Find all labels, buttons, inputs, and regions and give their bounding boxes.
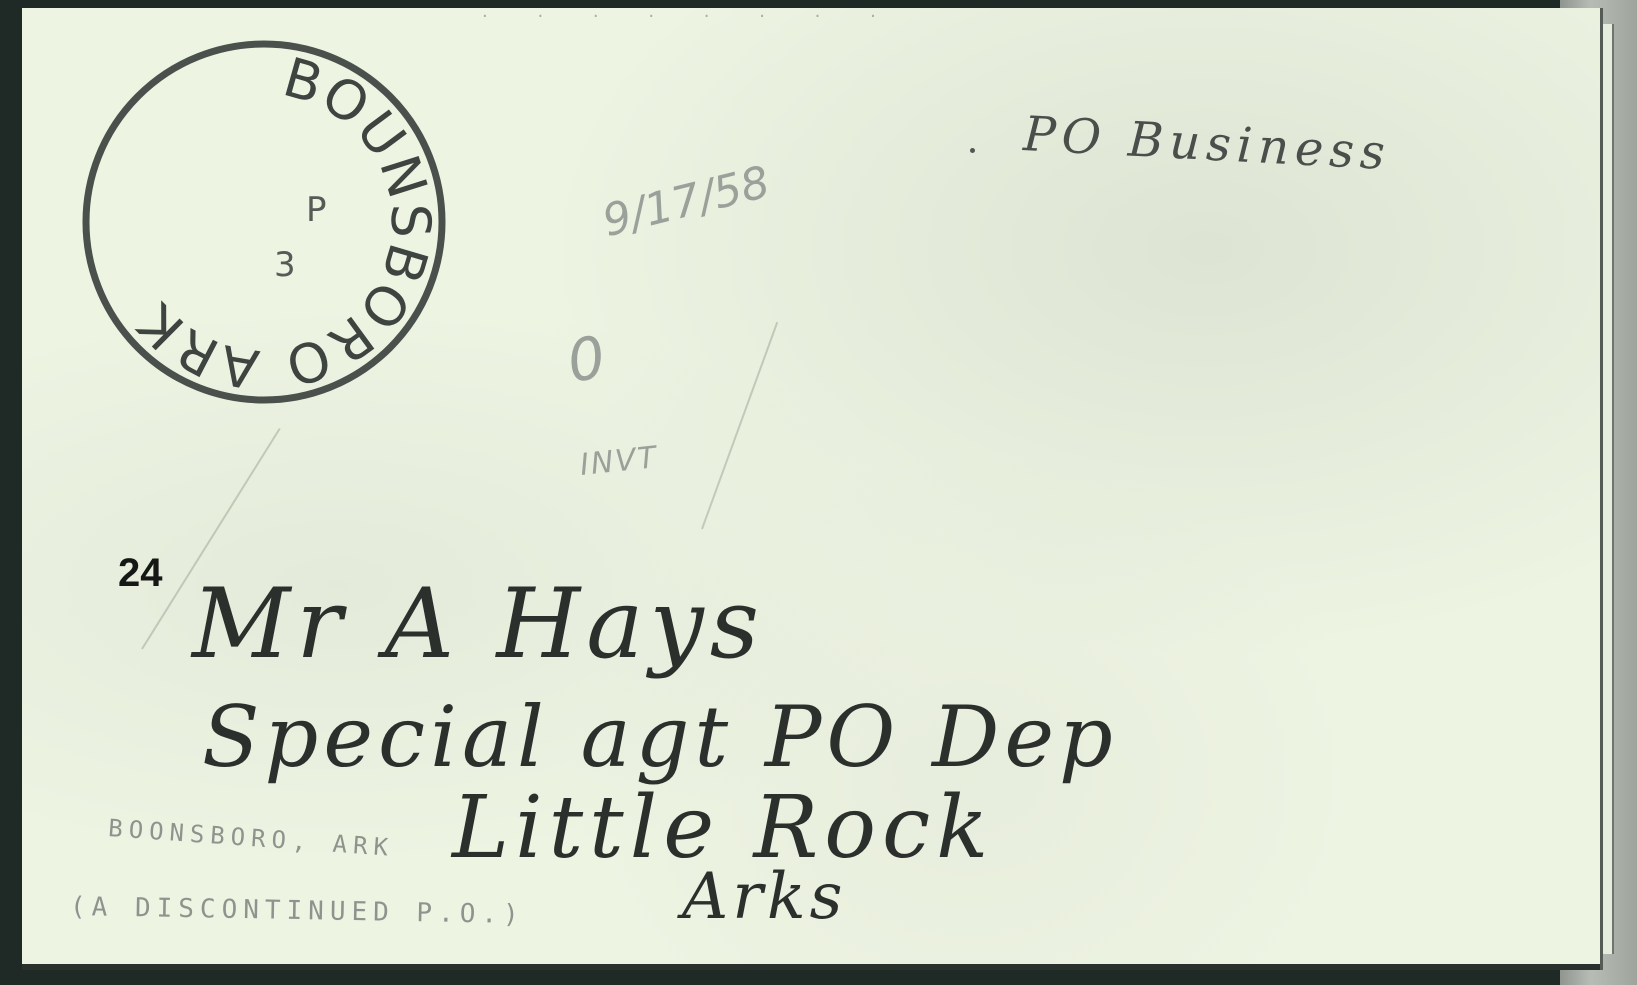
po-business-endorsement: PO Business xyxy=(1022,106,1392,181)
lot-number: 24 xyxy=(118,551,163,596)
postmark-stamp-icon: BOUNSBORO ARK P 3 xyxy=(78,36,450,408)
pencil-rate-notation: 0 xyxy=(562,323,610,396)
postmark-center-figure: 3 xyxy=(274,245,296,285)
pencil-date-notation: 9/17/58 xyxy=(598,156,775,247)
stray-pencil-stroke xyxy=(701,322,778,529)
circular-postmark: BOUNSBORO ARK P 3 xyxy=(78,36,450,408)
address-name: Mr A Hays xyxy=(192,568,765,680)
collector-town-note: BOONSBORO, ARK xyxy=(107,814,395,862)
address-title: Special agt PO Dep xyxy=(202,688,1118,786)
bleed-through-text: · · · · · · · · xyxy=(482,6,898,27)
ink-dot xyxy=(970,148,975,153)
pencil-note: INVT xyxy=(578,440,659,483)
address-state: Arks xyxy=(682,860,846,934)
envelope: · · · · · · · · BOUNSBORO ARK P 3 PO Bus… xyxy=(22,8,1603,970)
postmark-center-letter: P xyxy=(306,190,327,230)
collector-discontinued-note: (A DISCONTINUED P.O.) xyxy=(70,892,525,930)
